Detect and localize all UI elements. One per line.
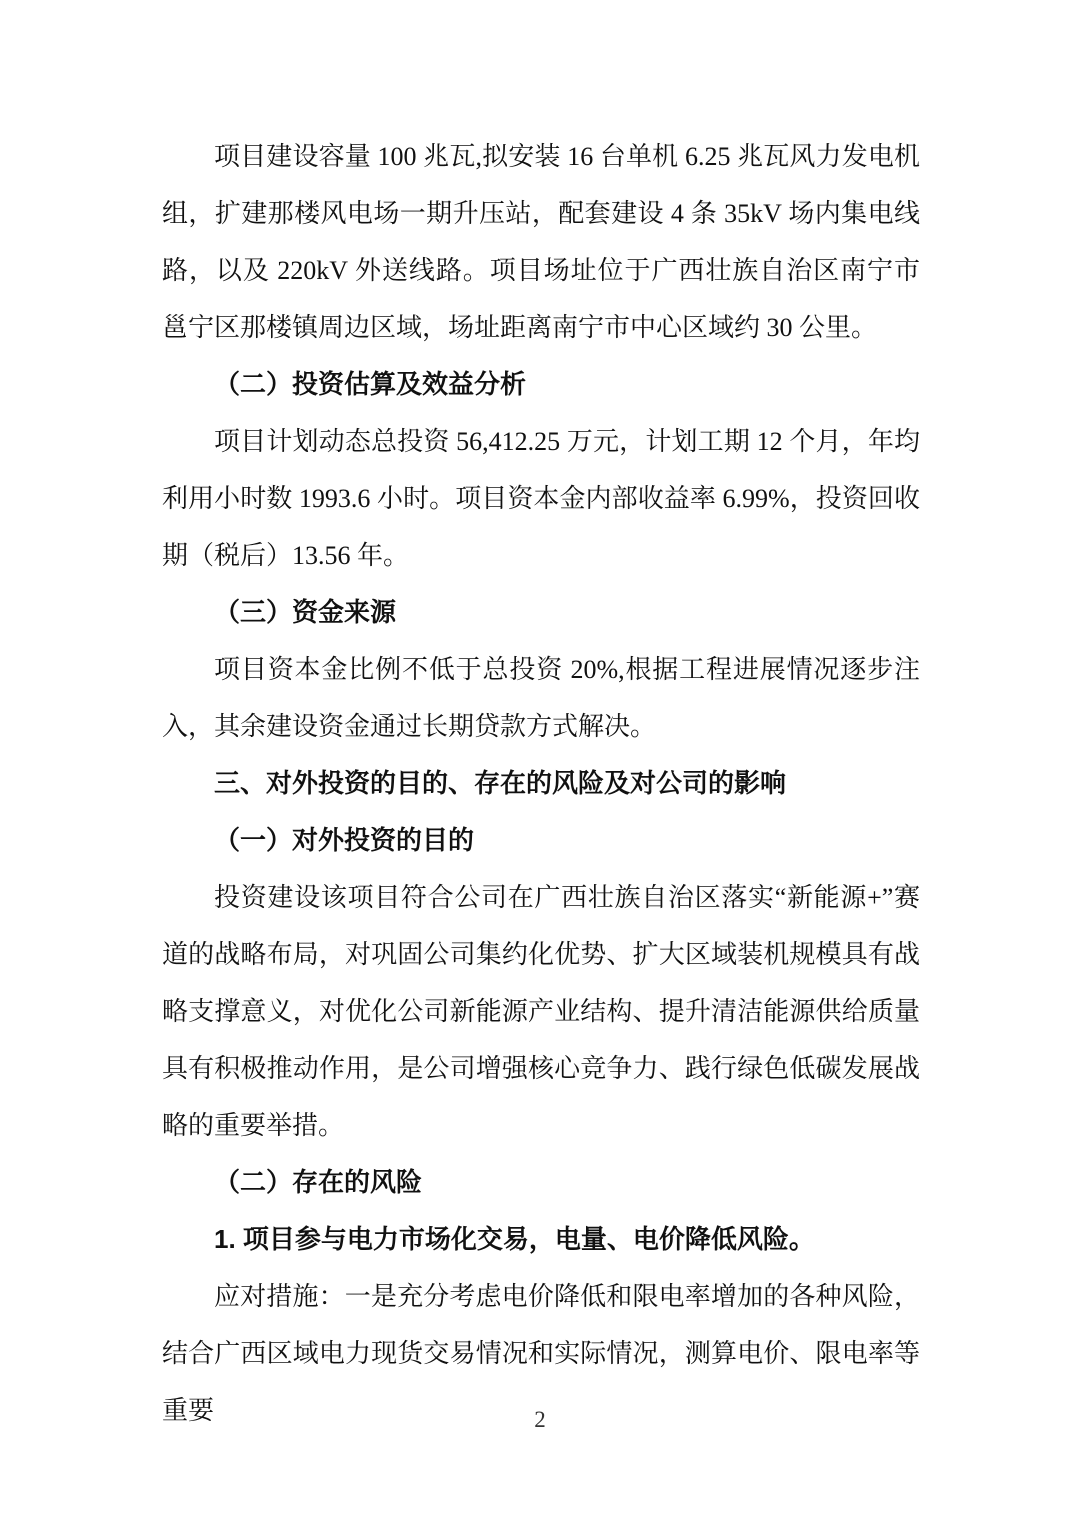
heading-risks: （二）存在的风险 xyxy=(162,1154,920,1211)
paragraph-funding-detail: 项目资本金比例不低于总投资 20%,根据工程进展情况逐步注入，其余建设资金通过长… xyxy=(162,641,920,755)
paragraph-project-overview: 项目建设容量 100 兆瓦,拟安装 16 台单机 6.25 兆瓦风力发电机组，扩… xyxy=(162,128,920,356)
paragraph-investment-figures: 项目计划动态总投资 56,412.25 万元，计划工期 12 个月，年均利用小时… xyxy=(162,413,920,584)
document-body: 项目建设容量 100 兆瓦,拟安装 16 台单机 6.25 兆瓦风力发电机组，扩… xyxy=(162,128,920,1439)
page-number: 2 xyxy=(0,1404,1080,1436)
heading-investment-purpose: （一）对外投资的目的 xyxy=(162,812,920,869)
heading-risk-item-1: 1. 项目参与电力市场化交易，电量、电价降低风险。 xyxy=(162,1211,920,1268)
document-page: 项目建设容量 100 兆瓦,拟安装 16 台单机 6.25 兆瓦风力发电机组，扩… xyxy=(0,0,1080,1527)
heading-section-three: 三、对外投资的目的、存在的风险及对公司的影响 xyxy=(162,755,920,812)
heading-investment-estimate: （二）投资估算及效益分析 xyxy=(162,356,920,413)
heading-funding-source: （三）资金来源 xyxy=(162,584,920,641)
paragraph-purpose-detail: 投资建设该项目符合公司在广西壮族自治区落实“新能源+”赛道的战略布局，对巩固公司… xyxy=(162,869,920,1154)
